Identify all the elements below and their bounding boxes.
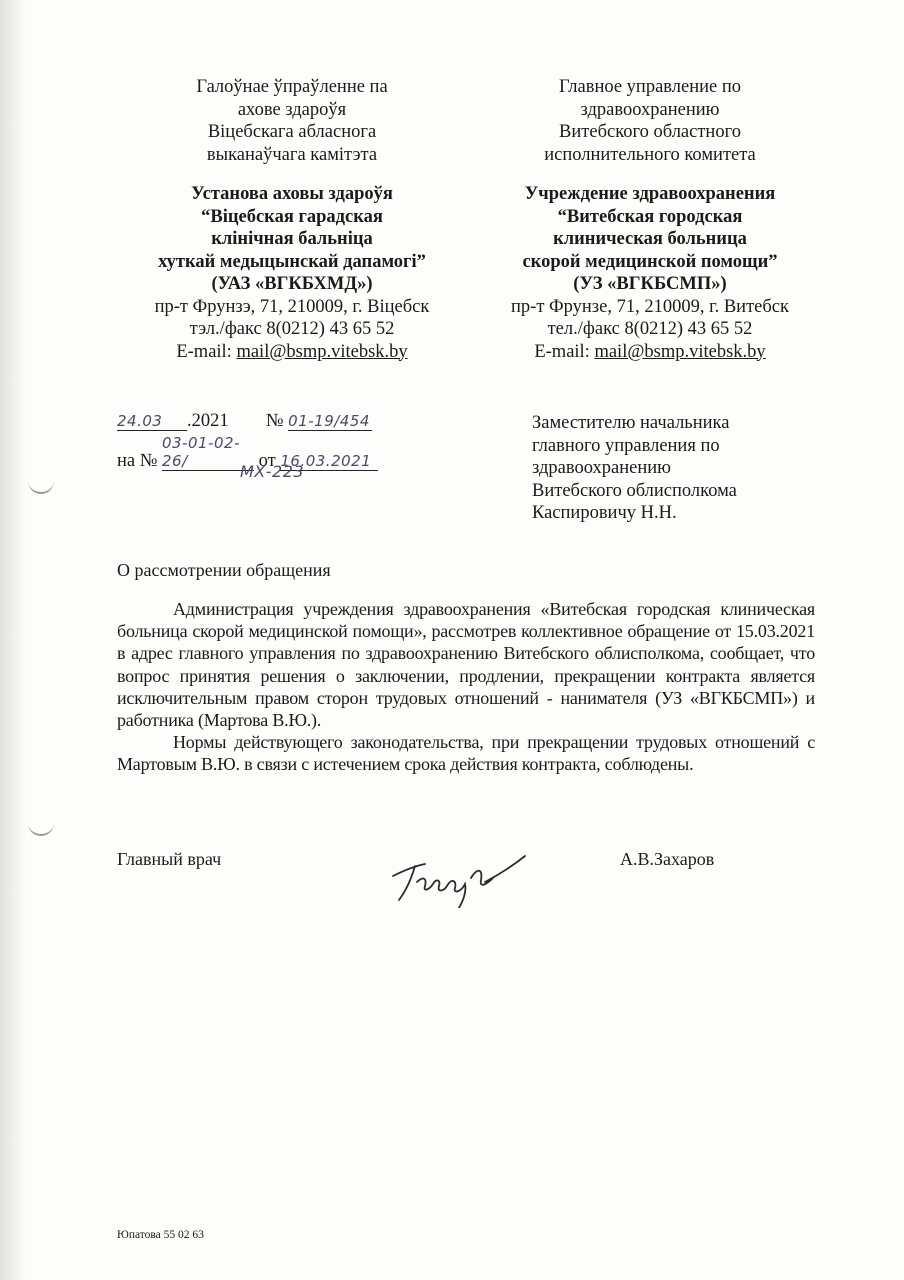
punch-hole-mark-top <box>28 478 54 494</box>
body-paragraph: Нормы действующего законодательства, при… <box>117 731 815 775</box>
outgoing-number-handwritten: 01-19/454 <box>288 412 372 431</box>
outgoing-year: .2021 <box>187 411 229 431</box>
phone: тел./факс 8(0212) 43 65 52 <box>470 318 830 341</box>
address: пр-т Фрунзэ, 71, 210009, г. Віцебск <box>112 296 472 319</box>
outgoing-date-handwritten: 24.03 <box>117 412 187 431</box>
ref-label: на № <box>117 451 157 471</box>
institution-line: “Витебская городская <box>470 206 830 229</box>
institution-line: Установа аховы здароўя <box>112 183 472 206</box>
addressee-line: главного управления по <box>532 435 737 458</box>
address: пр-т Фрунзе, 71, 210009, г. Витебск <box>470 296 830 319</box>
email-label: E-mail: <box>176 342 236 362</box>
addressee-block: Заместителю начальника главного управлен… <box>532 412 737 525</box>
letter-body: Администрация учреждения здравоохранения… <box>117 598 815 776</box>
subject-line: О рассмотрении обращения <box>117 560 331 581</box>
email-link[interactable]: mail@bsmp.vitebsk.by <box>236 342 407 362</box>
authority-line: здравоохранению <box>470 99 830 122</box>
punch-hole-mark-bottom <box>28 820 54 836</box>
institution-line: клінічная бальніца <box>112 228 472 251</box>
institution-abbrev: (УАЗ «ВГКБХМД») <box>112 273 472 296</box>
institution-abbrev: (УЗ «ВГКБСМП») <box>470 273 830 296</box>
handwritten-signature-icon <box>385 848 535 908</box>
body-paragraph: Администрация учреждения здравоохранения… <box>117 598 815 731</box>
authority-line: ахове здароўя <box>112 99 472 122</box>
phone: тэл./факс 8(0212) 43 65 52 <box>112 318 472 341</box>
institution-line: хуткай медыцынскай дапамогі” <box>112 251 472 274</box>
ref-extra-handwritten: МХ-223 <box>240 462 304 481</box>
executor-note: Юпатова 55 02 63 <box>117 1229 204 1241</box>
signatory-role: Главный врач <box>117 849 221 870</box>
institution-line: Учреждение здравоохранения <box>470 183 830 206</box>
letterhead-russian: Главное управление по здравоохранению Ви… <box>470 76 830 363</box>
institution-line: “Віцебская гарадская <box>112 206 472 229</box>
authority-line: выканаўчага камітэта <box>112 144 472 167</box>
signatory-name: А.В.Захаров <box>620 849 714 870</box>
addressee-line: здравоохранению <box>532 457 737 480</box>
addressee-line: Заместителю начальника <box>532 412 737 435</box>
authority-line: Витебского областного <box>470 121 830 144</box>
authority-line: Галоўнае ўпраўленне па <box>112 76 472 99</box>
outgoing-registration: 24.03.2021 № 01-19/454 <box>117 411 372 432</box>
number-label: № <box>266 411 284 431</box>
email-row: E-mail: mail@bsmp.vitebsk.by <box>112 341 472 364</box>
email-row: E-mail: mail@bsmp.vitebsk.by <box>470 341 830 364</box>
addressee-line: Витебского облисполкома <box>532 480 737 503</box>
authority-line: Віцебскага абласнога <box>112 121 472 144</box>
authority-line: Главное управление по <box>470 76 830 99</box>
email-label: E-mail: <box>534 342 594 362</box>
scan-left-edge-shadow <box>0 0 26 1280</box>
letterhead-belarusian: Галоўнае ўпраўленне па ахове здароўя Віц… <box>112 76 472 363</box>
authority-line: исполнительного комитета <box>470 144 830 167</box>
institution-line: скорой медицинской помощи” <box>470 251 830 274</box>
addressee-name: Каспировичу Н.Н. <box>532 502 737 525</box>
institution-line: клиническая больница <box>470 228 830 251</box>
email-link[interactable]: mail@bsmp.vitebsk.by <box>594 342 765 362</box>
